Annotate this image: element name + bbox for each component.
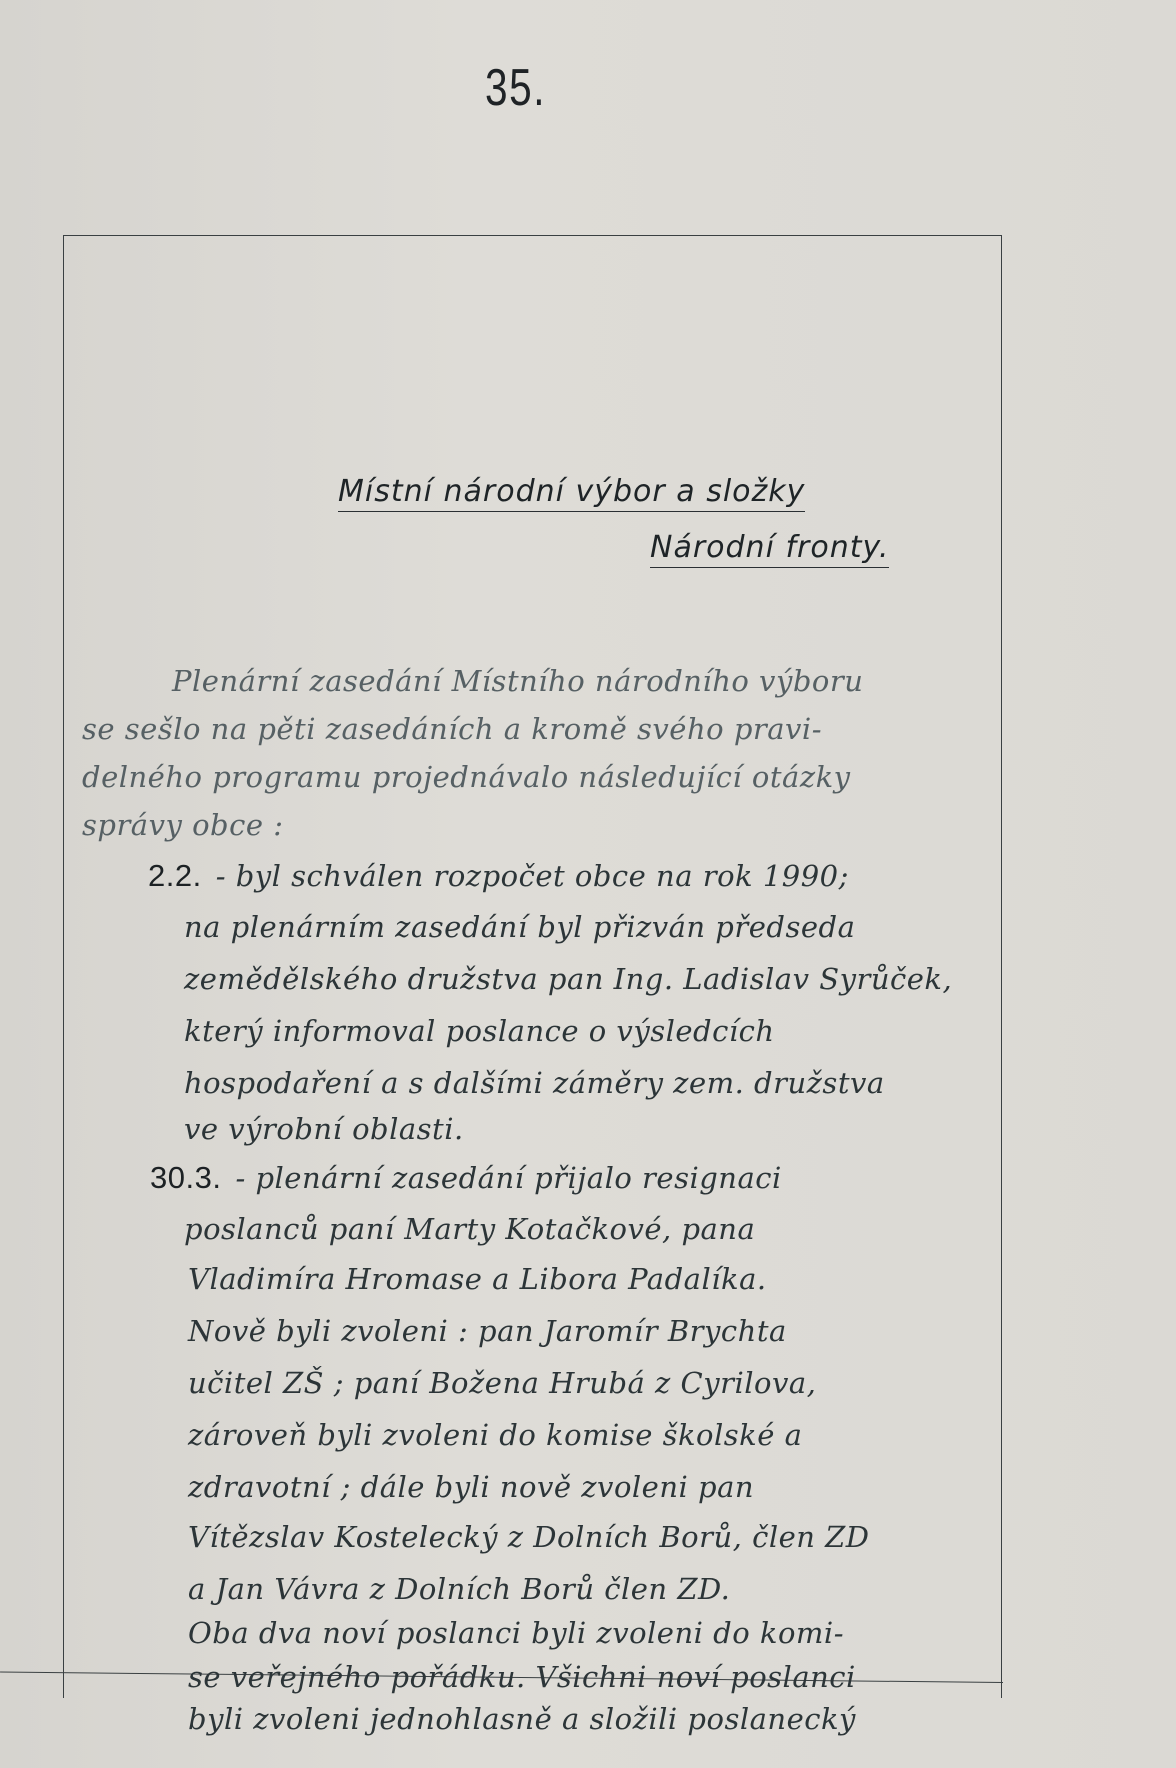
entry-first-line: 30.3.- plenární zasedání přijalo resigna… — [150, 1160, 782, 1196]
entry-line: ve výrobní oblasti. — [184, 1112, 464, 1146]
entry-line: Vladimíra Hromase a Libora Padalíka. — [188, 1262, 767, 1296]
entry-line: se veřejného pořádku. Všichni noví posla… — [188, 1660, 856, 1694]
section-title-line-1: Místní národní výbor a složky — [338, 474, 805, 509]
entry-line: zdravotní ; dále byli nově zvoleni pan — [188, 1470, 754, 1504]
section-title-text-1: Místní národní výbor a složky — [338, 474, 805, 512]
page-number: 35. — [485, 58, 546, 118]
intro-line: se sešlo na pěti zasedáních a kromě svéh… — [82, 712, 822, 746]
intro-line: delného programu projednávalo následujíc… — [82, 760, 851, 794]
entry-line: poslanců paní Marty Kotačkové, pana — [184, 1212, 755, 1246]
intro-line: správy obce : — [82, 808, 284, 842]
entry-line: učitel ZŠ ; paní Božena Hrubá z Cyrilova… — [188, 1366, 816, 1400]
entry-text: - plenární zasedání přijalo resignaci — [235, 1161, 781, 1195]
entry-line: který informoval poslance o výsledcích — [184, 1014, 775, 1048]
entry-line: Vítězslav Kostelecký z Dolních Borů, čle… — [188, 1520, 870, 1554]
entry-line: Oba dva noví poslanci byli zvoleni do ko… — [188, 1616, 844, 1650]
entry-line: zároveň byli zvoleni do komise školské a — [188, 1418, 802, 1452]
section-title-text-2: Národní fronty. — [650, 530, 889, 568]
chronicle-page: 35. Místní národní výbor a složky Národn… — [0, 0, 1176, 1768]
entry-line: hospodaření a s dalšími záměry zem. druž… — [184, 1066, 885, 1100]
intro-line: Plenární zasedání Místního národního výb… — [172, 664, 863, 698]
entry-text: - byl schválen rozpočet obce na rok 1990… — [216, 859, 849, 893]
entry-line: Nově byli zvoleni : pan Jaromír Brychta — [188, 1314, 787, 1348]
entry-line: na plenárním zasedání byl přizván předse… — [184, 910, 855, 944]
entry-line: zemědělského družstva pan Ing. Ladislav … — [184, 962, 952, 996]
entry-date: 30.3. — [150, 1160, 221, 1195]
section-title-line-2: Národní fronty. — [650, 530, 889, 565]
entry-date: 2.2. — [148, 858, 202, 893]
entry-line: byli zvoleni jednohlasně a složili posla… — [188, 1702, 856, 1736]
entry-first-line: 2.2.- byl schválen rozpočet obce na rok … — [148, 858, 849, 894]
entry-line: a Jan Vávra z Dolních Borů člen ZD. — [188, 1572, 730, 1606]
